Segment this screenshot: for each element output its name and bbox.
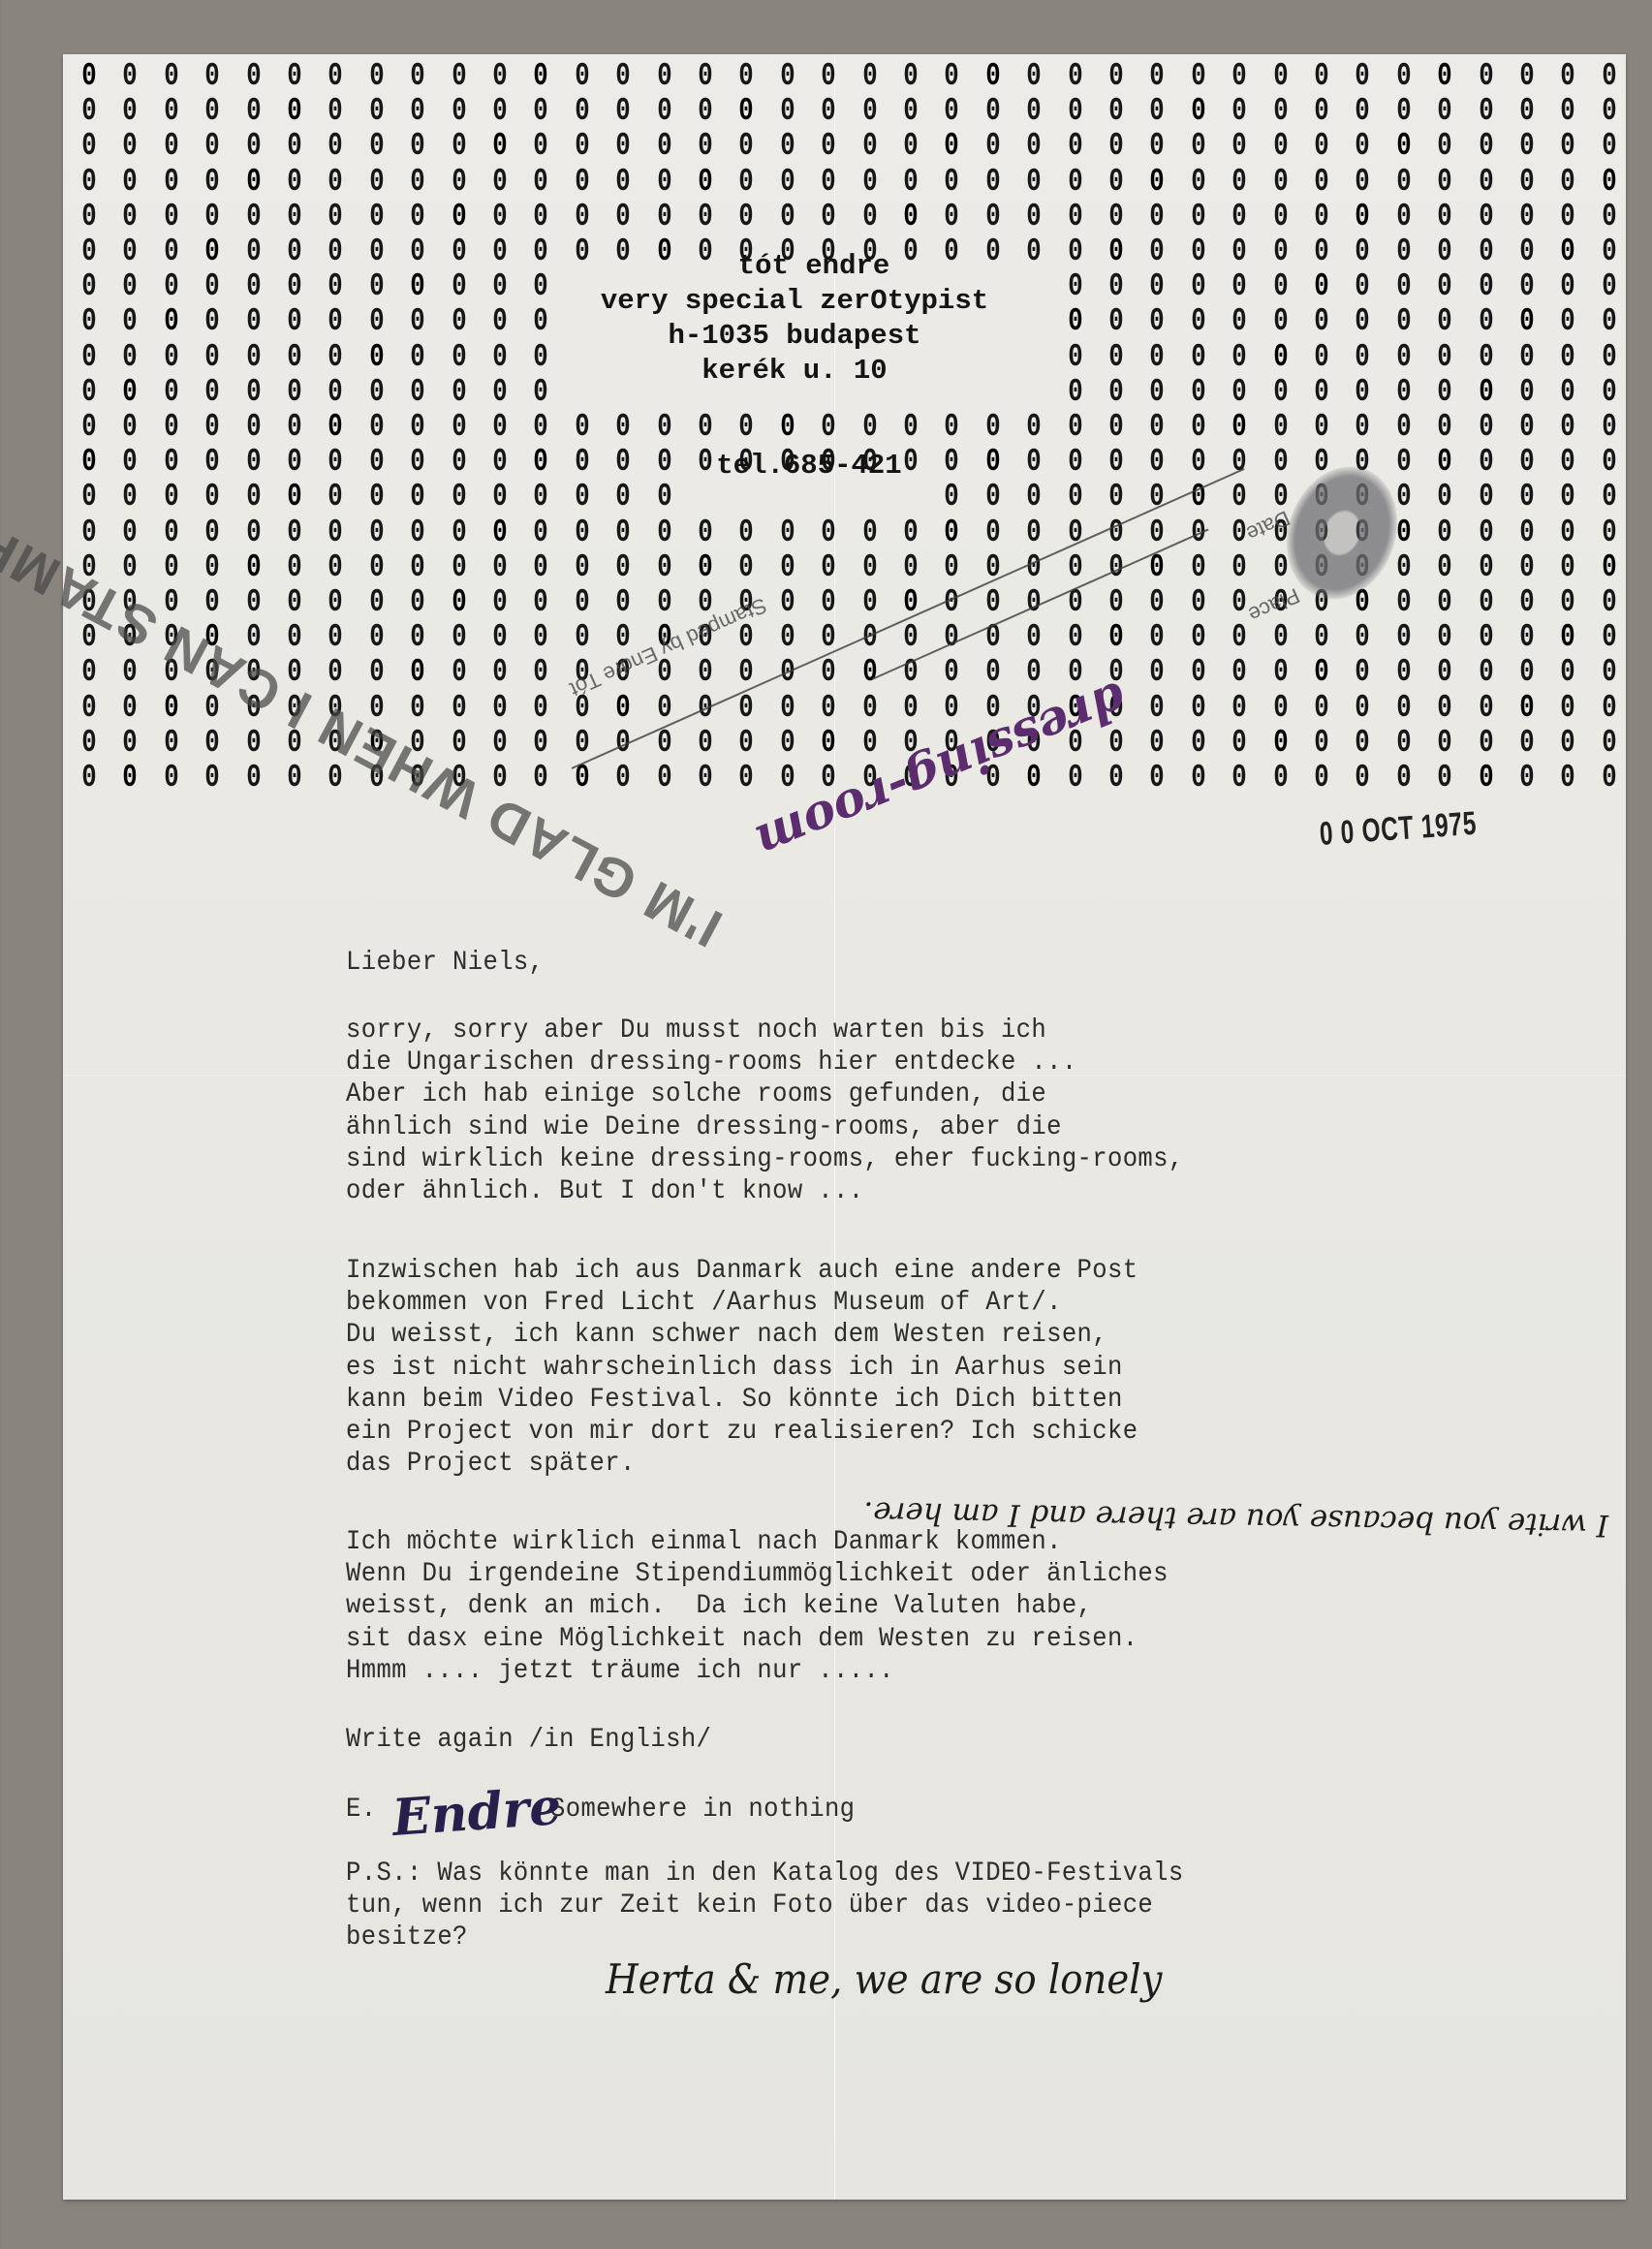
zero-glyph: 0 xyxy=(1560,484,1576,511)
zero-glyph: 0 xyxy=(1437,484,1453,511)
zero-glyph: 0 xyxy=(574,519,590,547)
zero-glyph: 0 xyxy=(1313,695,1329,722)
zero-glyph: 0 xyxy=(697,554,713,581)
zero-glyph: 0 xyxy=(656,449,672,476)
zero-glyph: 0 xyxy=(861,133,878,160)
zero-glyph: 0 xyxy=(697,169,713,196)
zero-glyph: 0 xyxy=(821,133,837,160)
zero-glyph: 0 xyxy=(1067,273,1083,300)
zero-glyph: 0 xyxy=(163,414,179,441)
zero-glyph: 0 xyxy=(1395,238,1412,266)
zero-glyph: 0 xyxy=(1190,624,1206,651)
zero-glyph: 0 xyxy=(122,449,139,476)
zero-glyph: 0 xyxy=(944,133,960,160)
zero-glyph: 0 xyxy=(80,484,97,511)
zero-glyph: 0 xyxy=(615,63,632,90)
zero-glyph: 0 xyxy=(779,133,795,160)
zero-glyph: 0 xyxy=(1149,169,1166,196)
zero-glyph: 0 xyxy=(410,308,426,335)
zero-glyph: 0 xyxy=(204,379,221,406)
zero-glyph: 0 xyxy=(491,203,508,231)
zero-glyph: 0 xyxy=(163,449,179,476)
zero-glyph: 0 xyxy=(1313,238,1329,266)
zero-glyph: 0 xyxy=(245,344,262,371)
zero-glyph: 0 xyxy=(451,344,467,371)
zero-glyph: 0 xyxy=(245,203,262,231)
zero-glyph: 0 xyxy=(1231,238,1248,266)
zero-glyph: 0 xyxy=(821,730,837,757)
zero-glyph: 0 xyxy=(821,624,837,651)
zero-glyph: 0 xyxy=(738,133,755,160)
zero-glyph: 0 xyxy=(944,484,960,511)
zero-glyph: 0 xyxy=(1355,133,1371,160)
zero-glyph: 0 xyxy=(1518,484,1535,511)
zero-glyph: 0 xyxy=(1190,554,1206,581)
zero-glyph: 0 xyxy=(368,449,385,476)
zero-glyph: 0 xyxy=(204,133,221,160)
zero-glyph: 0 xyxy=(491,519,508,547)
zero-glyph: 0 xyxy=(1026,98,1043,125)
zero-glyph: 0 xyxy=(1231,659,1248,686)
zero-glyph: 0 xyxy=(245,449,262,476)
zero-glyph: 0 xyxy=(1313,203,1329,231)
zero-glyph: 0 xyxy=(491,308,508,335)
zero-glyph: 0 xyxy=(245,133,262,160)
zero-glyph: 0 xyxy=(1026,238,1043,266)
zero-glyph: 0 xyxy=(491,730,508,757)
zero-glyph: 0 xyxy=(1149,449,1166,476)
zero-glyph: 0 xyxy=(902,98,919,125)
zero-glyph: 0 xyxy=(615,624,632,651)
letter-line: Inzwischen hab ich aus Danmark auch eine… xyxy=(346,1256,1138,1286)
zero-glyph: 0 xyxy=(1601,730,1617,757)
zero-glyph: 0 xyxy=(491,379,508,406)
zero-glyph: 0 xyxy=(1518,379,1535,406)
zero-glyph: 0 xyxy=(944,203,960,231)
zero-glyph: 0 xyxy=(821,554,837,581)
zero-glyph: 0 xyxy=(451,554,467,581)
zero-glyph: 0 xyxy=(122,765,139,792)
zero-glyph: 0 xyxy=(204,169,221,196)
zero-glyph: 0 xyxy=(368,273,385,300)
zero-glyph: 0 xyxy=(1067,308,1083,335)
zero-glyph: 0 xyxy=(122,344,139,371)
zero-glyph: 0 xyxy=(1478,308,1494,335)
zero-glyph: 0 xyxy=(122,63,139,90)
zero-glyph: 0 xyxy=(327,554,344,581)
zero-glyph: 0 xyxy=(1437,344,1453,371)
zero-glyph: 0 xyxy=(861,554,878,581)
zero-glyph: 0 xyxy=(122,308,139,335)
zero-glyph: 0 xyxy=(656,554,672,581)
zero-glyph: 0 xyxy=(1355,63,1371,90)
zero-glyph: 0 xyxy=(1107,414,1124,441)
zero-glyph: 0 xyxy=(861,695,878,722)
zero-glyph: 0 xyxy=(491,98,508,125)
zero-glyph: 0 xyxy=(821,659,837,686)
zero-glyph: 0 xyxy=(1478,659,1494,686)
zero-glyph: 0 xyxy=(451,589,467,616)
zero-glyph: 0 xyxy=(204,519,221,547)
zero-glyph: 0 xyxy=(615,519,632,547)
letter-line: sind wirklich keine dressing-rooms, eher… xyxy=(346,1144,1184,1174)
zero-glyph: 0 xyxy=(1272,169,1289,196)
zero-glyph: 0 xyxy=(738,730,755,757)
zero-glyph: 0 xyxy=(1190,695,1206,722)
zero-glyph: 0 xyxy=(1395,484,1412,511)
zero-glyph: 0 xyxy=(1107,449,1124,476)
zero-glyph: 0 xyxy=(902,519,919,547)
zero-glyph: 0 xyxy=(656,203,672,231)
zero-glyph: 0 xyxy=(122,554,139,581)
zero-glyph: 0 xyxy=(1026,133,1043,160)
zero-glyph: 0 xyxy=(451,659,467,686)
zero-glyph: 0 xyxy=(1355,730,1371,757)
zero-glyph: 0 xyxy=(1601,169,1617,196)
zero-glyph: 0 xyxy=(122,484,139,511)
zero-glyph: 0 xyxy=(1107,98,1124,125)
zero-glyph: 0 xyxy=(1355,659,1371,686)
zero-glyph: 0 xyxy=(1190,414,1206,441)
zero-glyph: 0 xyxy=(410,484,426,511)
zero-glyph: 0 xyxy=(80,449,97,476)
zero-glyph: 0 xyxy=(1313,133,1329,160)
zero-glyph: 0 xyxy=(1560,695,1576,722)
zero-glyph: 0 xyxy=(574,203,590,231)
zero-glyph: 0 xyxy=(1478,169,1494,196)
zero-glyph: 0 xyxy=(1026,659,1043,686)
zero-glyph: 0 xyxy=(1107,765,1124,792)
zero-glyph: 0 xyxy=(122,519,139,547)
zero-glyph: 0 xyxy=(1272,624,1289,651)
zero-glyph: 0 xyxy=(122,379,139,406)
zero-glyph: 0 xyxy=(286,344,302,371)
zero-glyph: 0 xyxy=(697,414,713,441)
zero-glyph: 0 xyxy=(80,519,97,547)
zero-glyph: 0 xyxy=(286,589,302,616)
zero-glyph: 0 xyxy=(1478,273,1494,300)
zero-glyph: 0 xyxy=(1355,624,1371,651)
zero-glyph: 0 xyxy=(1026,519,1043,547)
zero-glyph: 0 xyxy=(368,554,385,581)
zero-glyph: 0 xyxy=(1560,238,1576,266)
zero-glyph: 0 xyxy=(286,765,302,792)
zero-glyph: 0 xyxy=(163,554,179,581)
zero-glyph: 0 xyxy=(1149,414,1166,441)
zero-glyph: 0 xyxy=(1313,730,1329,757)
zero-glyph: 0 xyxy=(779,519,795,547)
zero-glyph: 0 xyxy=(1437,695,1453,722)
zero-glyph: 0 xyxy=(656,695,672,722)
zero-glyph: 0 xyxy=(1149,519,1166,547)
zero-glyph: 0 xyxy=(245,98,262,125)
zero-glyph: 0 xyxy=(410,554,426,581)
zero-glyph: 0 xyxy=(286,449,302,476)
postscript-line: P.S.: Was könnte man in den Katalog des … xyxy=(346,1859,1184,1889)
letter-line: Wenn Du irgendeine Stipendiummöglichkeit… xyxy=(346,1559,1169,1589)
zero-glyph: 0 xyxy=(1190,730,1206,757)
zero-glyph: 0 xyxy=(1107,344,1124,371)
zero-glyph: 0 xyxy=(368,308,385,335)
zero-glyph: 0 xyxy=(410,695,426,722)
zero-glyph: 0 xyxy=(1231,63,1248,90)
zero-glyph: 0 xyxy=(1272,730,1289,757)
zero-glyph: 0 xyxy=(1067,63,1083,90)
zero-glyph: 0 xyxy=(80,765,97,792)
zero-glyph: 0 xyxy=(984,589,1001,616)
zero-glyph: 0 xyxy=(368,519,385,547)
zero-glyph: 0 xyxy=(245,484,262,511)
zero-glyph: 0 xyxy=(1190,344,1206,371)
zero-glyph: 0 xyxy=(697,98,713,125)
zero-glyph: 0 xyxy=(286,63,302,90)
zero-glyph: 0 xyxy=(1601,589,1617,616)
zero-glyph: 0 xyxy=(1560,379,1576,406)
zero-glyph: 0 xyxy=(902,133,919,160)
zero-glyph: 0 xyxy=(286,519,302,547)
zero-glyph: 0 xyxy=(1107,308,1124,335)
zero-glyph: 0 xyxy=(1437,624,1453,651)
zero-glyph: 0 xyxy=(1190,273,1206,300)
closing-line: Write again /in English/ xyxy=(346,1725,711,1755)
zero-glyph: 0 xyxy=(738,765,755,792)
zero-glyph: 0 xyxy=(533,98,549,125)
zero-glyph: 0 xyxy=(944,449,960,476)
zero-glyph: 0 xyxy=(1067,203,1083,231)
zero-glyph: 0 xyxy=(902,169,919,196)
zero-glyph: 0 xyxy=(1067,238,1083,266)
zero-glyph: 0 xyxy=(533,519,549,547)
zero-glyph: 0 xyxy=(80,133,97,160)
zero-glyph: 0 xyxy=(1601,308,1617,335)
zero-glyph: 0 xyxy=(574,449,590,476)
zero-glyph: 0 xyxy=(1313,659,1329,686)
zero-glyph: 0 xyxy=(1067,98,1083,125)
zero-glyph: 0 xyxy=(1478,63,1494,90)
zero-glyph: 0 xyxy=(533,414,549,441)
zero-glyph: 0 xyxy=(1149,238,1166,266)
zero-glyph: 0 xyxy=(1355,379,1371,406)
letter-line: Du weisst, ich kann schwer nach dem West… xyxy=(346,1320,1107,1350)
zero-glyph: 0 xyxy=(902,695,919,722)
zero-glyph: 0 xyxy=(615,484,632,511)
zero-glyph: 0 xyxy=(204,203,221,231)
zero-glyph: 0 xyxy=(1149,695,1166,722)
zero-glyph: 0 xyxy=(491,133,508,160)
zero-glyph: 0 xyxy=(1437,449,1453,476)
zero-glyph: 0 xyxy=(1437,414,1453,441)
zero-glyph: 0 xyxy=(1437,273,1453,300)
letter-line: es ist nicht wahrscheinlich dass ich in … xyxy=(346,1353,1123,1383)
zero-glyph: 0 xyxy=(1601,98,1617,125)
zero-glyph: 0 xyxy=(1190,589,1206,616)
zero-glyph: 0 xyxy=(1437,519,1453,547)
zero-glyph: 0 xyxy=(574,589,590,616)
zero-glyph: 0 xyxy=(1355,308,1371,335)
zero-glyph: 0 xyxy=(368,344,385,371)
zero-glyph: 0 xyxy=(1231,414,1248,441)
zero-glyph: 0 xyxy=(1026,169,1043,196)
zero-glyph: 0 xyxy=(1478,695,1494,722)
zero-glyph: 0 xyxy=(1437,238,1453,266)
zero-glyph: 0 xyxy=(574,238,590,266)
zero-glyph: 0 xyxy=(1437,63,1453,90)
zero-glyph: 0 xyxy=(204,98,221,125)
zero-glyph: 0 xyxy=(1026,414,1043,441)
zero-glyph: 0 xyxy=(1313,98,1329,125)
zero-glyph: 0 xyxy=(1601,414,1617,441)
zero-glyph: 0 xyxy=(1601,484,1617,511)
zero-glyph: 0 xyxy=(1478,344,1494,371)
zero-glyph: 0 xyxy=(286,414,302,441)
zero-glyph: 0 xyxy=(491,414,508,441)
zero-glyph: 0 xyxy=(697,765,713,792)
zero-glyph: 0 xyxy=(533,730,549,757)
zero-glyph: 0 xyxy=(204,414,221,441)
zero-glyph: 0 xyxy=(491,659,508,686)
letterhead-phone: tel.685-421 xyxy=(678,450,940,482)
zero-glyph: 0 xyxy=(368,98,385,125)
zero-glyph: 0 xyxy=(1272,133,1289,160)
zero-glyph: 0 xyxy=(1067,449,1083,476)
zero-glyph: 0 xyxy=(779,414,795,441)
zero-glyph: 0 xyxy=(1518,133,1535,160)
zero-glyph: 0 xyxy=(615,98,632,125)
zero-glyph: 0 xyxy=(1190,203,1206,231)
letter-line: oder ähnlich. But I don't know ... xyxy=(346,1176,863,1206)
zero-glyph: 0 xyxy=(656,589,672,616)
zero-glyph: 0 xyxy=(1560,308,1576,335)
zero-glyph: 0 xyxy=(80,238,97,266)
zero-glyph: 0 xyxy=(1560,63,1576,90)
zero-glyph: 0 xyxy=(615,169,632,196)
zero-glyph: 0 xyxy=(327,273,344,300)
zero-glyph: 0 xyxy=(984,98,1001,125)
zero-glyph: 0 xyxy=(1518,659,1535,686)
zero-glyph: 0 xyxy=(1518,203,1535,231)
zero-glyph: 0 xyxy=(122,273,139,300)
zero-glyph: 0 xyxy=(122,98,139,125)
zero-glyph: 0 xyxy=(1478,98,1494,125)
zero-glyph: 0 xyxy=(163,695,179,722)
zero-glyph: 0 xyxy=(245,554,262,581)
zero-glyph: 0 xyxy=(1560,765,1576,792)
zero-glyph: 0 xyxy=(1437,98,1453,125)
zero-glyph: 0 xyxy=(491,449,508,476)
zero-glyph: 0 xyxy=(1478,624,1494,651)
zero-glyph: 0 xyxy=(1107,730,1124,757)
zero-glyph: 0 xyxy=(1395,659,1412,686)
zero-glyph: 0 xyxy=(1518,519,1535,547)
zero-glyph: 0 xyxy=(902,589,919,616)
zero-glyph: 0 xyxy=(327,484,344,511)
zero-glyph: 0 xyxy=(738,554,755,581)
zero-glyph: 0 xyxy=(1190,238,1206,266)
zero-glyph: 0 xyxy=(779,169,795,196)
zero-glyph: 0 xyxy=(574,133,590,160)
zero-glyph: 0 xyxy=(1107,133,1124,160)
zero-glyph: 0 xyxy=(574,624,590,651)
zero-glyph: 0 xyxy=(163,344,179,371)
zero-glyph: 0 xyxy=(1313,308,1329,335)
zero-glyph: 0 xyxy=(1107,169,1124,196)
zero-glyph: 0 xyxy=(1437,659,1453,686)
zero-glyph: 0 xyxy=(1149,765,1166,792)
zero-glyph: 0 xyxy=(1560,169,1576,196)
zero-glyph: 0 xyxy=(1107,589,1124,616)
zero-glyph: 0 xyxy=(80,695,97,722)
zero-glyph: 0 xyxy=(779,554,795,581)
zero-glyph: 0 xyxy=(1313,765,1329,792)
zero-glyph: 0 xyxy=(1395,414,1412,441)
zero-glyph: 0 xyxy=(1437,308,1453,335)
zero-glyph: 0 xyxy=(984,519,1001,547)
zero-glyph: 0 xyxy=(1190,169,1206,196)
zero-glyph: 0 xyxy=(451,133,467,160)
zero-glyph: 0 xyxy=(204,308,221,335)
zero-glyph: 0 xyxy=(1190,379,1206,406)
zero-glyph: 0 xyxy=(451,379,467,406)
zero-glyph: 0 xyxy=(902,554,919,581)
zero-glyph: 0 xyxy=(286,273,302,300)
zero-glyph: 0 xyxy=(1437,379,1453,406)
zero-glyph: 0 xyxy=(1149,308,1166,335)
zero-glyph: 0 xyxy=(204,730,221,757)
zero-glyph: 0 xyxy=(1067,379,1083,406)
zero-glyph: 0 xyxy=(574,765,590,792)
zero-glyph: 0 xyxy=(451,695,467,722)
zero-glyph: 0 xyxy=(80,308,97,335)
zero-glyph: 0 xyxy=(451,238,467,266)
zero-glyph: 0 xyxy=(1231,379,1248,406)
zero-glyph: 0 xyxy=(1395,695,1412,722)
zero-glyph: 0 xyxy=(80,414,97,441)
zero-glyph: 0 xyxy=(163,63,179,90)
zero-glyph: 0 xyxy=(245,63,262,90)
letter-line: ähnlich sind wie Deine dressing-rooms, a… xyxy=(346,1112,1062,1142)
zero-glyph: 0 xyxy=(122,169,139,196)
zero-glyph: 0 xyxy=(861,98,878,125)
zero-glyph: 0 xyxy=(1518,344,1535,371)
zero-glyph: 0 xyxy=(1478,379,1494,406)
zero-glyph: 0 xyxy=(1190,308,1206,335)
zero-glyph: 0 xyxy=(1560,554,1576,581)
zero-glyph: 0 xyxy=(1272,203,1289,231)
zero-glyph: 0 xyxy=(1560,449,1576,476)
zero-glyph: 0 xyxy=(1355,695,1371,722)
zero-glyph: 0 xyxy=(1313,379,1329,406)
zero-glyph: 0 xyxy=(1149,659,1166,686)
zero-glyph: 0 xyxy=(1395,624,1412,651)
zero-glyph: 0 xyxy=(1560,589,1576,616)
zero-glyph: 0 xyxy=(1560,98,1576,125)
zero-glyph: 0 xyxy=(1355,765,1371,792)
zero-glyph: 0 xyxy=(984,414,1001,441)
zero-glyph: 0 xyxy=(327,414,344,441)
zero-glyph: 0 xyxy=(656,519,672,547)
zero-glyph: 0 xyxy=(1231,169,1248,196)
zero-glyph: 0 xyxy=(1272,554,1289,581)
zero-glyph: 0 xyxy=(615,133,632,160)
zero-glyph: 0 xyxy=(122,730,139,757)
handwritten-signature: Endre xyxy=(390,1777,563,1848)
zero-glyph: 0 xyxy=(286,133,302,160)
zero-glyph: 0 xyxy=(1107,484,1124,511)
zero-glyph: 0 xyxy=(697,730,713,757)
zero-glyph: 0 xyxy=(821,695,837,722)
zero-glyph: 0 xyxy=(1601,238,1617,266)
zero-glyph: 0 xyxy=(1560,133,1576,160)
